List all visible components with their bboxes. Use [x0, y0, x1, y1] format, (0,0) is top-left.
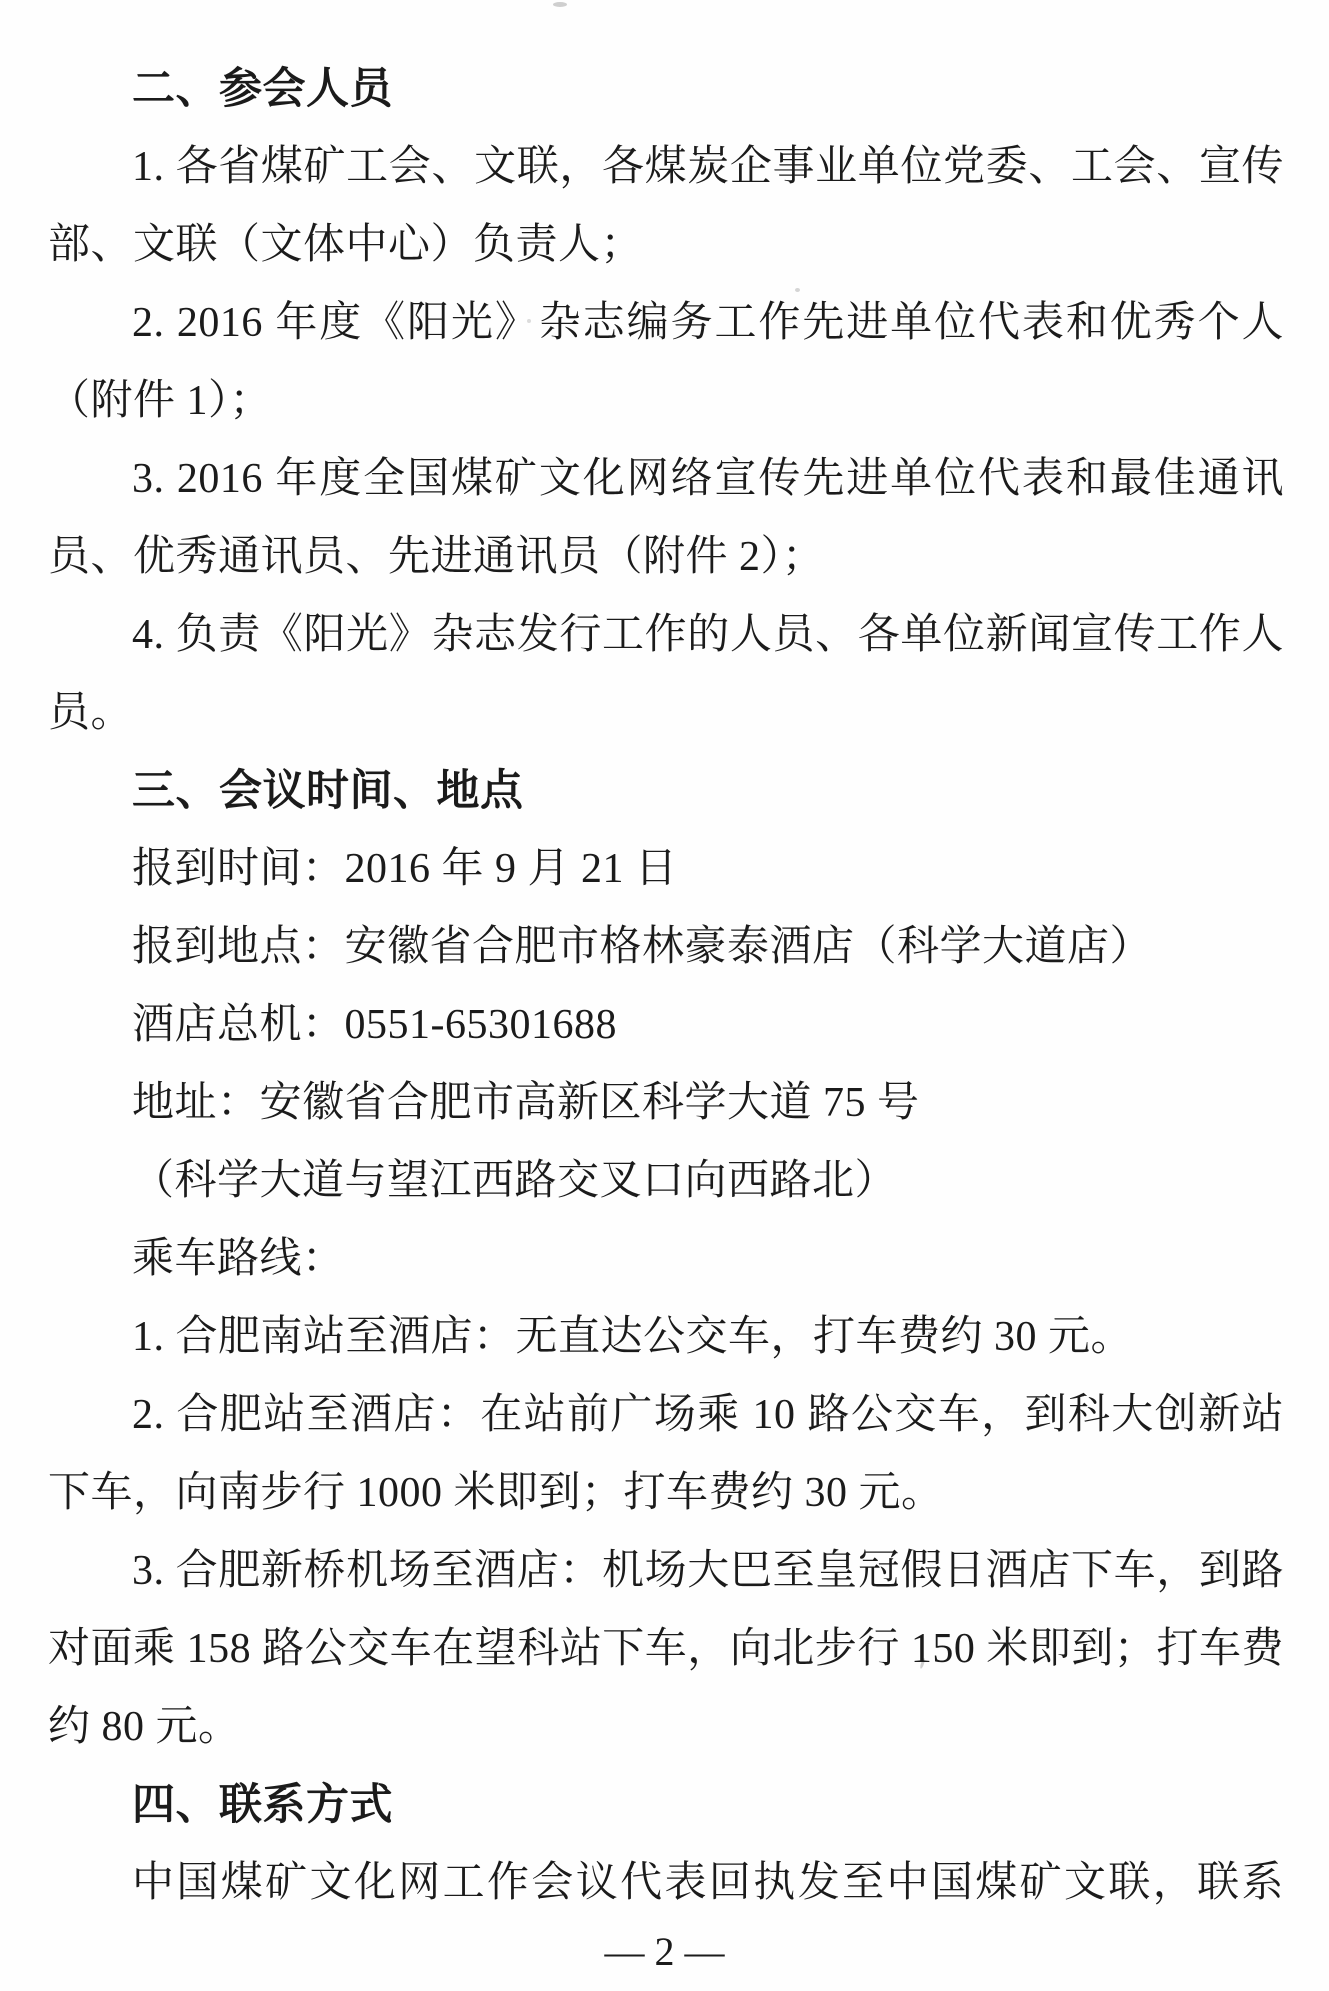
section-heading-time-location: 三、会议时间、地点 — [48, 752, 1284, 830]
section-heading-participants: 二、参会人员 — [48, 50, 1284, 128]
document-body: 二、参会人员 1. 各省煤矿工会、文联，各煤炭企事业单位党委、工会、宣传 部、文… — [48, 50, 1284, 1922]
page-footer: — 2 — — [0, 1922, 1329, 1982]
route-2-hefei-station: 2. 合肥站至酒店：在站前广场乘 10 路公交车，到科大创新站 — [48, 1376, 1284, 1454]
transport-routes-label: 乘车路线： — [48, 1220, 1284, 1298]
participants-item-3: 3. 2016 年度全国煤矿文化网络宣传先进单位代表和最佳通讯 — [48, 440, 1284, 518]
route-2-cont: 下车，向南步行 1000 米即到；打车费约 30 元。 — [48, 1454, 1284, 1532]
participants-item-4: 4. 负责《阳光》杂志发行工作的人员、各单位新闻宣传工作人 — [48, 596, 1284, 674]
scanned-document-page: 二、参会人员 1. 各省煤矿工会、文联，各煤炭企事业单位党委、工会、宣传 部、文… — [0, 0, 1329, 1991]
page-number: — 2 — — [605, 1929, 725, 1974]
route-3-airport: 3. 合肥新桥机场至酒店：机场大巴至皇冠假日酒店下车，到路 — [48, 1532, 1284, 1610]
contact-line: 中国煤矿文化网工作会议代表回执发至中国煤矿文联，联系 — [48, 1844, 1284, 1922]
participants-item-1-cont: 部、文联（文体中心）负责人； — [48, 206, 1284, 284]
route-3-cont-2: 约 80 元。 — [48, 1688, 1284, 1766]
hotel-address-note: （科学大道与望江西路交叉口向西路北） — [48, 1142, 1284, 1220]
participants-item-1: 1. 各省煤矿工会、文联，各煤炭企事业单位党委、工会、宣传 — [48, 128, 1284, 206]
hotel-phone: 酒店总机：0551-65301688 — [48, 986, 1284, 1064]
route-3-cont: 对面乘 158 路公交车在望科站下车，向北步行 150 米即到；打车费 — [48, 1610, 1284, 1688]
route-1-south-station: 1. 合肥南站至酒店：无直达公交车，打车费约 30 元。 — [48, 1298, 1284, 1376]
checkin-time: 报到时间：2016 年 9 月 21 日 — [48, 830, 1284, 908]
section-heading-contact: 四、联系方式 — [48, 1766, 1284, 1844]
scan-artifact — [553, 2, 567, 7]
participants-item-3-cont: 员、优秀通讯员、先进通讯员（附件 2）； — [48, 518, 1284, 596]
participants-item-2: 2. 2016 年度《阳光》杂志编务工作先进单位代表和优秀个人 — [48, 284, 1284, 362]
checkin-location: 报到地点：安徽省合肥市格林豪泰酒店（科学大道店） — [48, 908, 1284, 986]
participants-item-4-cont: 员。 — [48, 674, 1284, 752]
participants-item-2-cont: （附件 1）； — [48, 362, 1284, 440]
hotel-address: 地址：安徽省合肥市高新区科学大道 75 号 — [48, 1064, 1284, 1142]
